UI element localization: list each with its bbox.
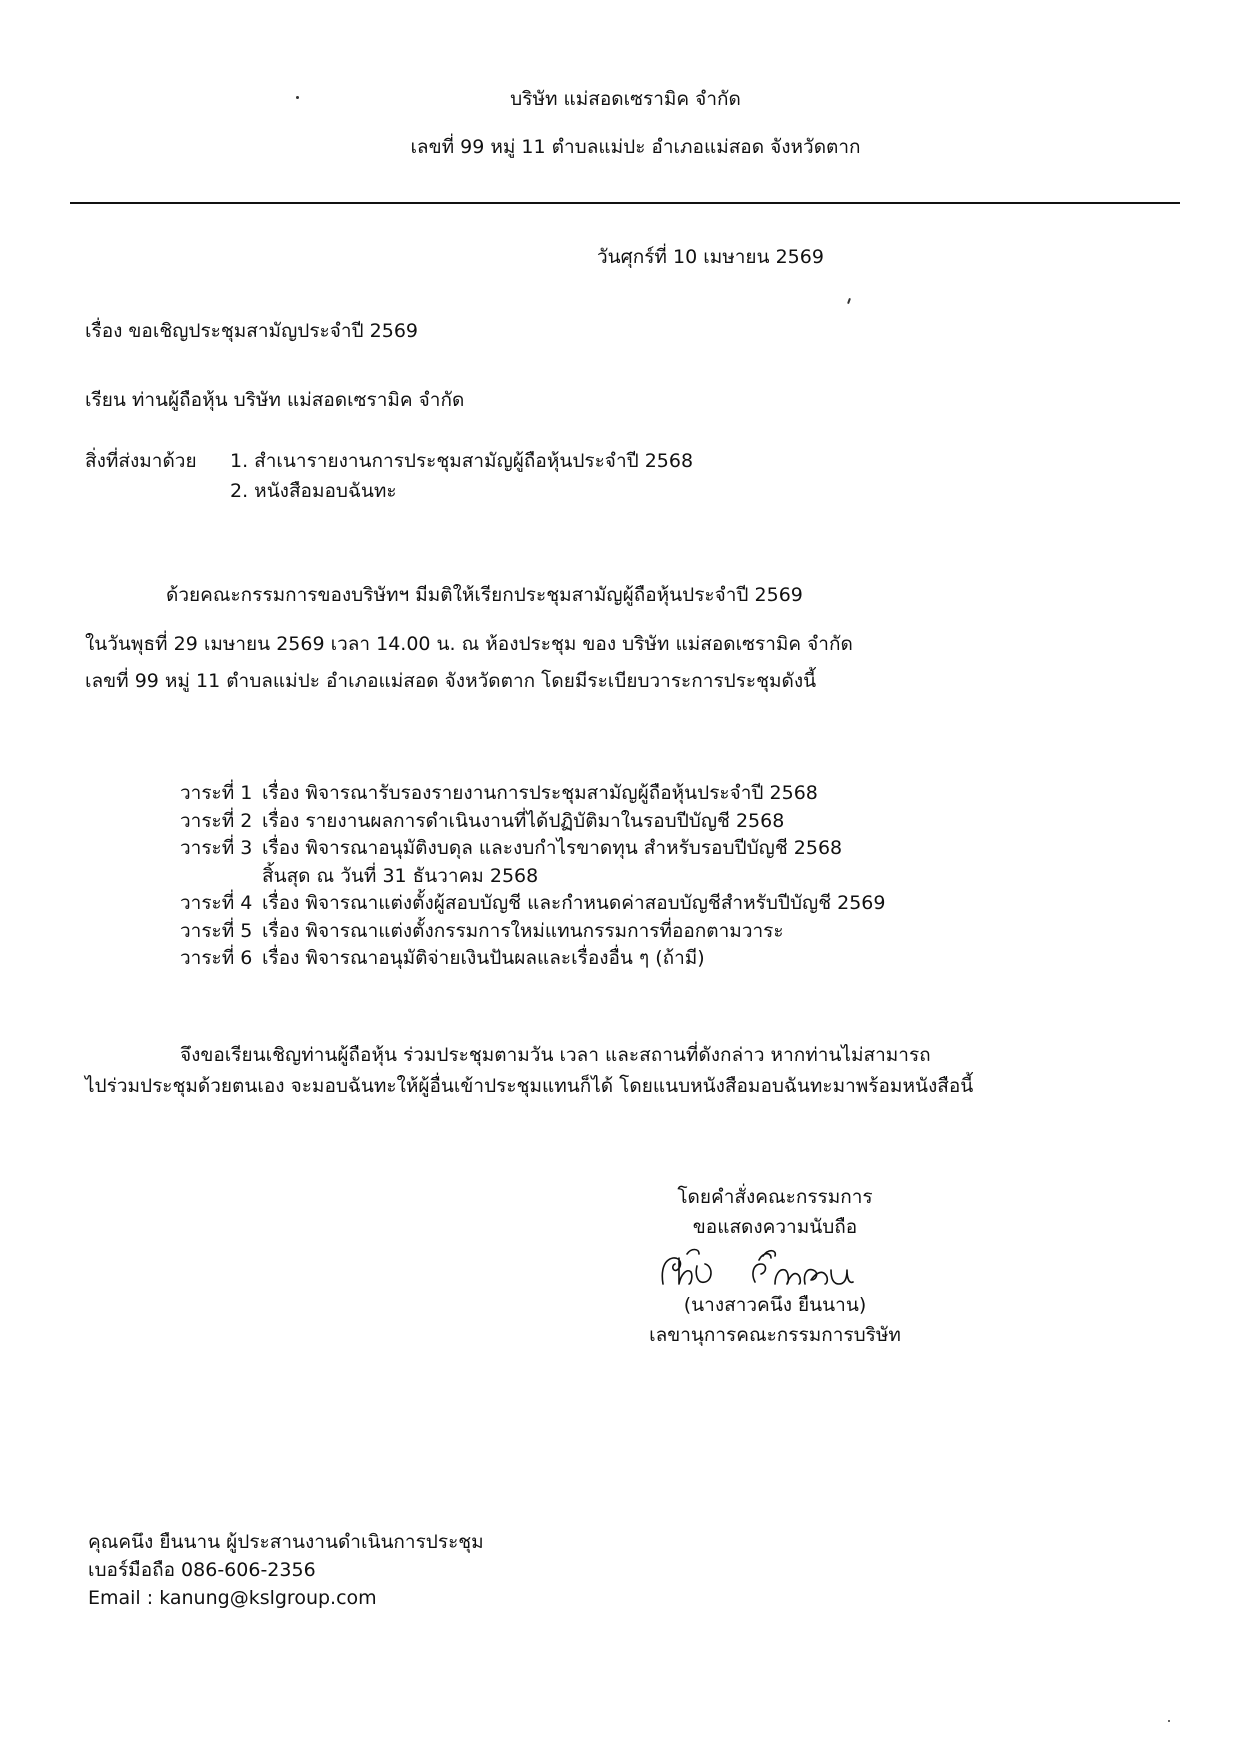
agenda-item: วาระที่ 6 เรื่อง พิจารณาอนุมัติจ่ายเงินป… <box>180 945 885 973</box>
agenda-item: วาระที่ 5 เรื่อง พิจารณาแต่งตั้งกรรมการใ… <box>180 918 885 946</box>
company-address: เลขที่ 99 หมู่ 11 ตำบลแม่ปะ อำเภอแม่สอด … <box>0 132 1241 162</box>
enclosure-item: 2. หนังสือมอบฉันทะ <box>230 476 397 506</box>
letter-subject: เรื่อง ขอเชิญประชุมสามัญประจำปี 2569 <box>85 316 418 346</box>
agenda-number: วาระที่ 2 <box>180 808 262 836</box>
agenda-item: วาระที่ 1 เรื่อง พิจารณารับรองรายงานการป… <box>180 780 885 808</box>
agenda-number: วาระที่ 3 <box>180 835 262 863</box>
contact-phone: เบอร์มือถือ 086-606-2356 <box>88 1556 484 1584</box>
signatory-name: (นางสาวคนึง ยืนนาน) <box>560 1290 990 1320</box>
signature-regards: ขอแสดงความนับถือ <box>560 1212 990 1242</box>
signature-scribble-icon <box>655 1244 895 1290</box>
enclosure-item: 1. สำเนารายงานการประชุมสามัญผู้ถือหุ้นปร… <box>230 446 693 476</box>
signature-block: โดยคำสั่งคณะกรรมการ ขอแสดงความนับถือ (นา… <box>560 1182 990 1350</box>
company-name: บริษัท แม่สอดเซรามิค จำกัด <box>0 84 1241 114</box>
contact-coordinator: คุณคนึง ยืนนาน ผู้ประสานงานดำเนินการประช… <box>88 1528 484 1556</box>
contact-email[interactable]: Email : kanung@kslgroup.com <box>88 1584 484 1612</box>
handwritten-signature <box>560 1242 990 1290</box>
contact-info: คุณคนึง ยืนนาน ผู้ประสานงานดำเนินการประช… <box>88 1528 484 1612</box>
agenda-item: วาระที่ 4 เรื่อง พิจารณาแต่งตั้งผู้สอบบั… <box>180 890 885 918</box>
agenda-text: เรื่อง รายงานผลการดำเนินงานที่ได้ปฏิบัติ… <box>262 808 784 836</box>
closing-paragraph-line: จึงขอเรียนเชิญท่านผู้ถือหุ้น ร่วมประชุมต… <box>180 1040 931 1070</box>
signature-authority: โดยคำสั่งคณะกรรมการ <box>560 1182 990 1212</box>
intro-paragraph-line: ด้วยคณะกรรมการของบริษัทฯ มีมติให้เรียกปร… <box>166 580 803 610</box>
intro-paragraph-line: เลขที่ 99 หมู่ 11 ตำบลแม่ปะ อำเภอแม่สอด … <box>85 666 816 696</box>
agenda-number: วาระที่ 5 <box>180 918 262 946</box>
agenda-number: วาระที่ 6 <box>180 945 262 973</box>
closing-paragraph-line: ไปร่วมประชุมด้วยตนเอง จะมอบฉันทะให้ผู้อื… <box>85 1071 973 1101</box>
agenda-item-continuation: สิ้นสุด ณ วันที่ 31 ธันวาคม 2568 <box>180 863 885 891</box>
scan-speck <box>847 298 851 304</box>
intro-paragraph-line: ในวันพุธที่ 29 เมษายน 2569 เวลา 14.00 น.… <box>85 629 853 659</box>
signatory-position: เลขานุการคณะกรรมการบริษัท <box>560 1320 990 1350</box>
agenda-item: วาระที่ 2 เรื่อง รายงานผลการดำเนินงานที่… <box>180 808 885 836</box>
agenda-item: วาระที่ 3 เรื่อง พิจารณาอนุมัติงบดุล และ… <box>180 835 885 863</box>
agenda-list: วาระที่ 1 เรื่อง พิจารณารับรองรายงานการป… <box>180 780 885 973</box>
header-divider <box>70 202 1180 204</box>
agenda-number: วาระที่ 4 <box>180 890 262 918</box>
scan-speck <box>1168 1720 1170 1722</box>
agenda-text: เรื่อง พิจารณาแต่งตั้งกรรมการใหม่แทนกรรม… <box>262 918 784 946</box>
agenda-number: วาระที่ 1 <box>180 780 262 808</box>
agenda-text: เรื่อง พิจารณาอนุมัติจ่ายเงินปันผลและเรื… <box>262 945 705 973</box>
letter-recipient: เรียน ท่านผู้ถือหุ้น บริษัท แม่สอดเซรามิ… <box>85 385 464 415</box>
letter-date: วันศุกร์ที่ 10 เมษายน 2569 <box>597 242 824 272</box>
agenda-text: เรื่อง พิจารณารับรองรายงานการประชุมสามัญ… <box>262 780 818 808</box>
enclosures-label: สิ่งที่ส่งมาด้วย <box>85 446 197 476</box>
scan-speck <box>296 96 299 99</box>
agenda-text: เรื่อง พิจารณาแต่งตั้งผู้สอบบัญชี และกำห… <box>262 890 885 918</box>
agenda-text: เรื่อง พิจารณาอนุมัติงบดุล และงบกำไรขาดท… <box>262 835 842 863</box>
